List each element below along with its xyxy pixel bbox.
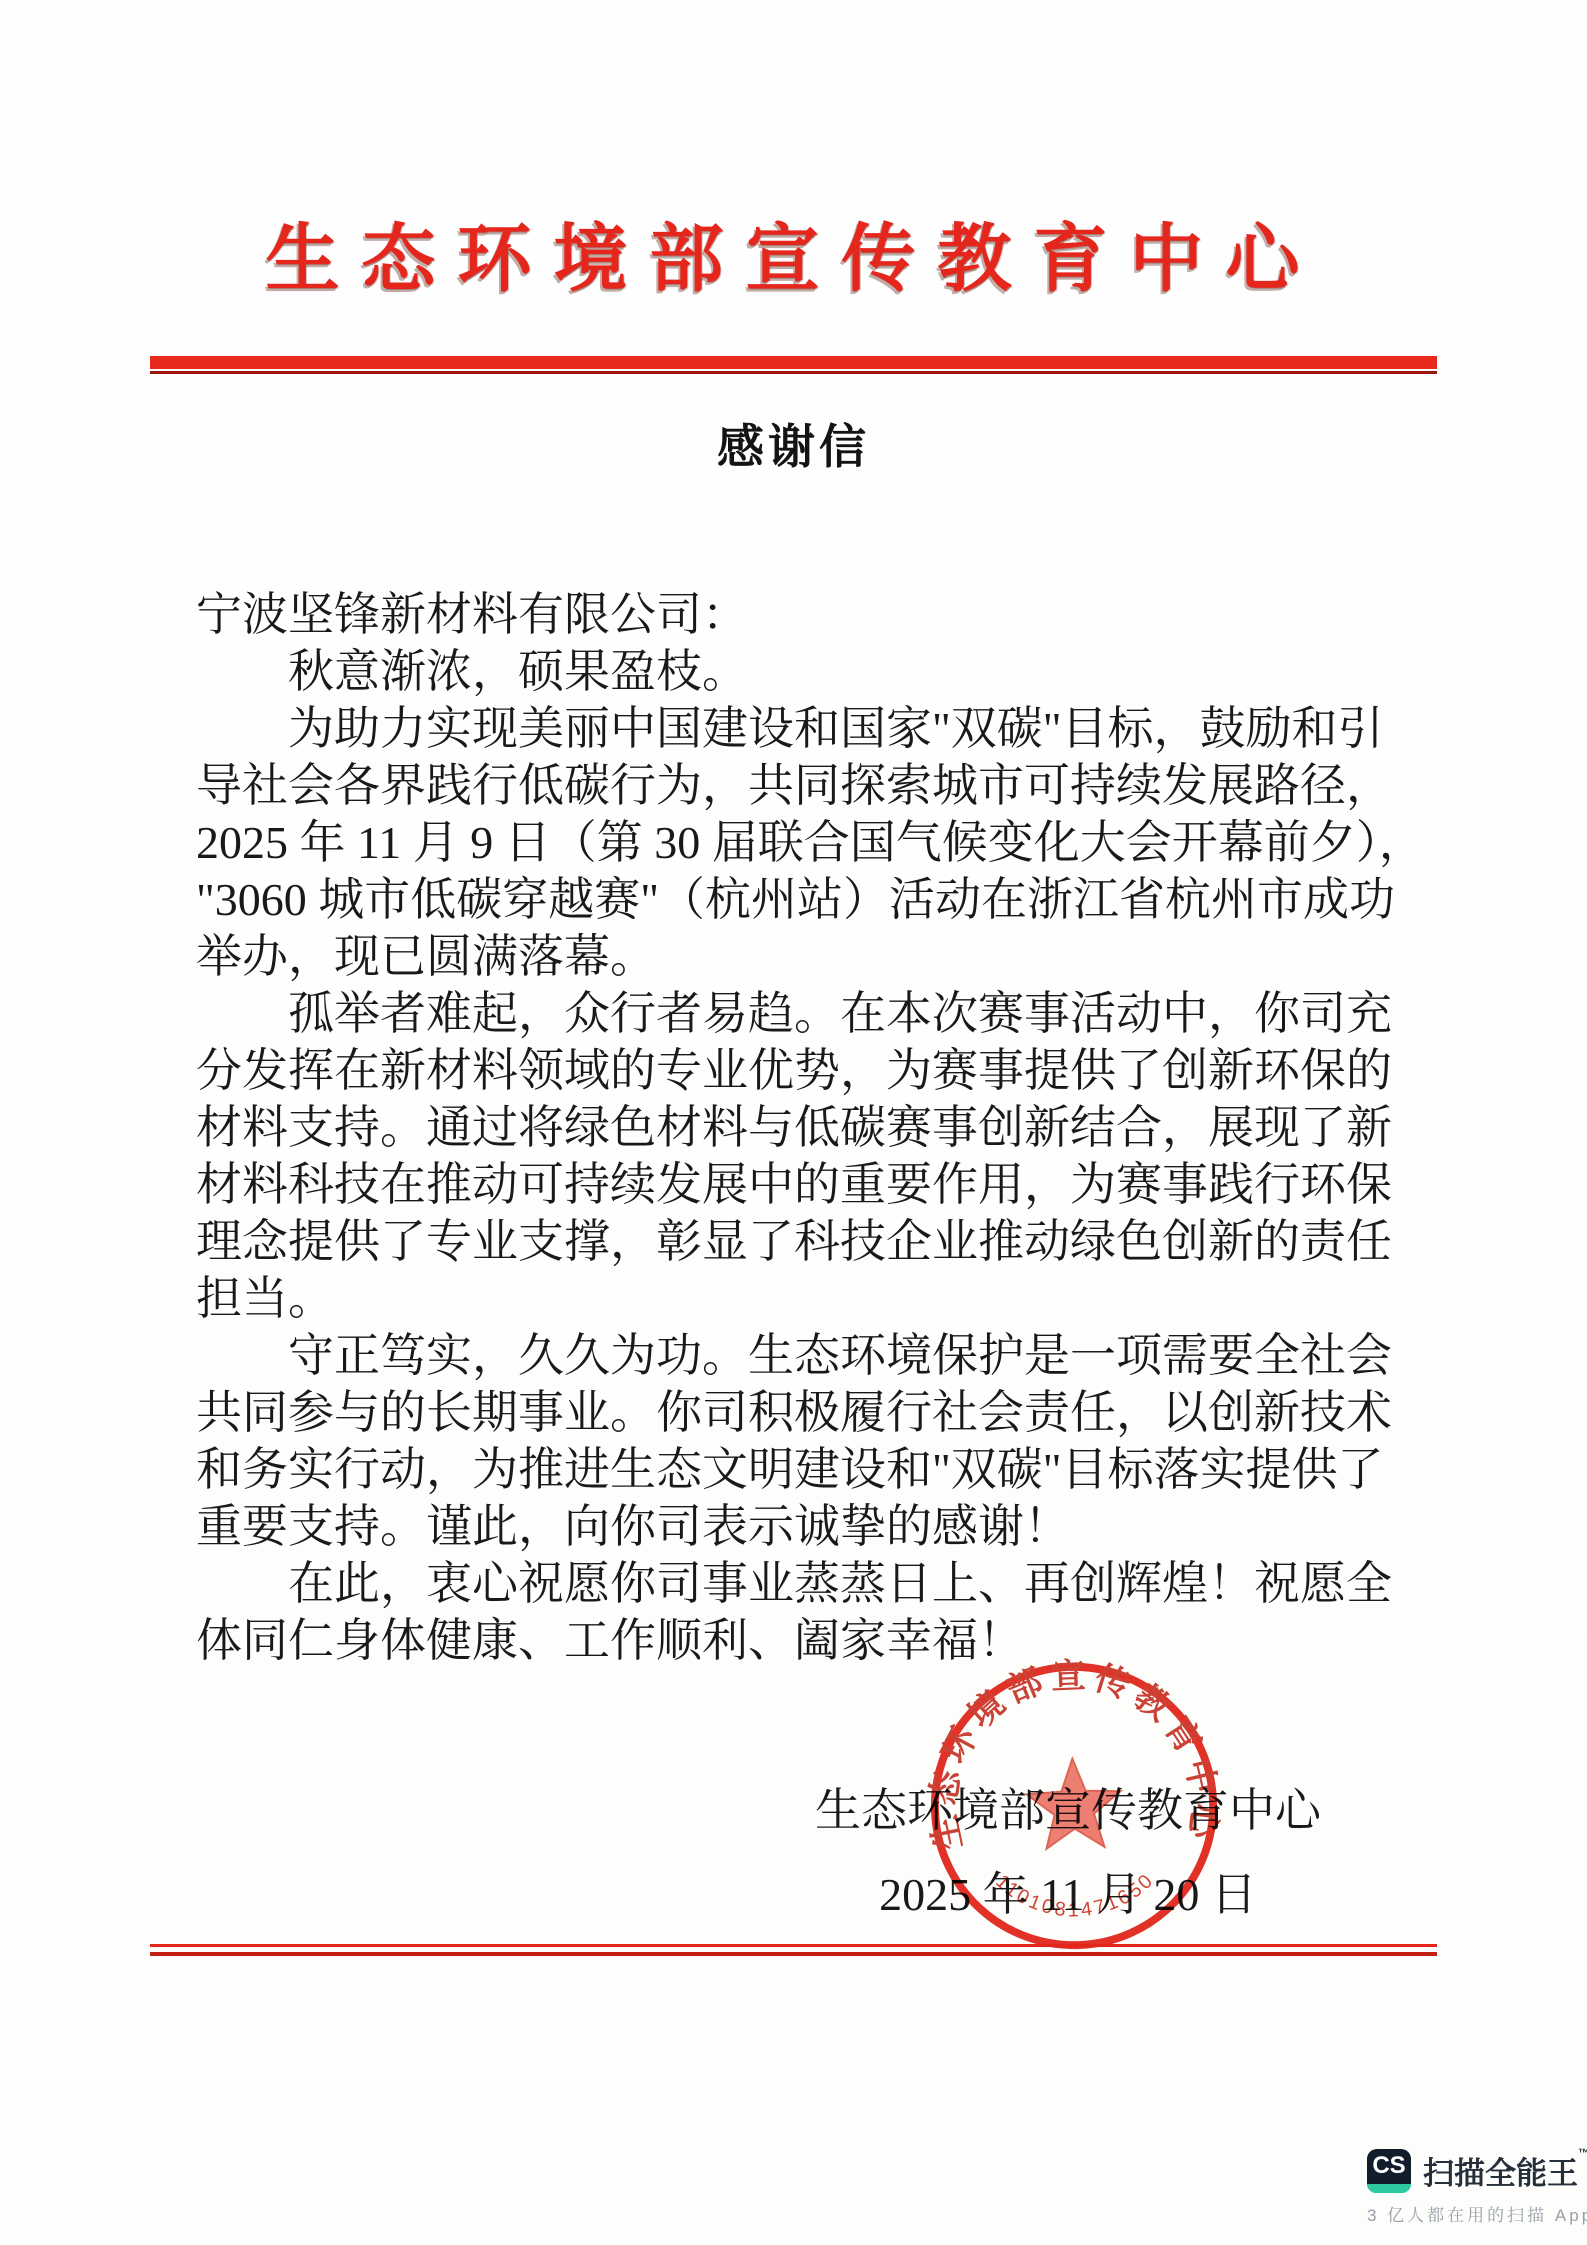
official-seal-stamp: 生态环境部宣传教育中心 1101081471650 <box>921 1653 1227 1959</box>
letter-body-line: 孤举者难起，众行者易趋。在本次赛事活动中，你司充 <box>196 985 1406 1042</box>
seal-star-icon <box>1025 1757 1122 1849</box>
camscanner-app-name-text: 扫描全能王 <box>1423 2156 1578 2191</box>
letter-body-line: 举办，现已圆满落幕。 <box>196 928 1406 985</box>
camscanner-watermark: CS 扫描全能王™ 3 亿人都在用的扫描 App <box>1367 2148 1567 2226</box>
letterhead-title: 生态环境部宣传教育中心 <box>0 200 1587 306</box>
letter-body-line: 守正笃实，久久为功。生态环境保护是一项需要全社会 <box>196 1327 1406 1384</box>
letter-body-line: 宁波坚锋新材料有限公司： <box>196 586 1406 643</box>
letter-body-line: 体同仁身体健康、工作顺利、阖家幸福！ <box>196 1612 1406 1669</box>
letter-body-line: "3060 城市低碳穿越赛"（杭州站）活动在浙江省杭州市成功 <box>196 871 1406 928</box>
letter-body-line: 材料科技在推动可持续发展中的重要作用，为赛事践行环保 <box>196 1156 1406 1213</box>
footer-divider-line-1 <box>150 1944 1437 1947</box>
letter-body-line: 共同参与的长期事业。你司积极履行社会责任，以创新技术 <box>196 1384 1406 1441</box>
letter-body-line: 和务实行动，为推进生态文明建设和"双碳"目标落实提供了 <box>196 1441 1406 1498</box>
letter-body: 宁波坚锋新材料有限公司：秋意渐浓，硕果盈枝。为助力实现美丽中国建设和国家"双碳"… <box>196 586 1406 1669</box>
letter-title: 感谢信 <box>0 410 1587 477</box>
camscanner-logo-icon: CS <box>1367 2149 1411 2193</box>
letterhead-divider-thin-line <box>150 371 1437 374</box>
letter-body-line: 分发挥在新材料领域的专业优势，为赛事提供了创新环保的 <box>196 1042 1406 1099</box>
letter-body-line: 在此，衷心祝愿你司事业蒸蒸日上、再创辉煌！祝愿全 <box>196 1555 1406 1612</box>
letter-body-line: 担当。 <box>196 1270 1406 1327</box>
letter-body-line: 材料支持。通过将绿色材料与低碳赛事创新结合，展现了新 <box>196 1099 1406 1156</box>
camscanner-app-name: 扫描全能王™ <box>1423 2148 1587 2193</box>
letter-body-line: 2025 年 11 月 9 日（第 30 届联合国气候变化大会开幕前夕）， <box>196 814 1406 871</box>
footer-divider-line-2 <box>150 1952 1437 1956</box>
letterhead-divider <box>150 356 1437 374</box>
svg-text:1101081471650: 1101081471650 <box>991 1865 1161 1924</box>
letter-body-line: 秋意渐浓，硕果盈枝。 <box>196 643 1406 700</box>
letter-body-line: 导社会各界践行低碳行为，共同探索城市可持续发展路径， <box>196 757 1406 814</box>
camscanner-logo-teal-bar <box>1367 2184 1411 2193</box>
footer-divider <box>150 1944 1437 1956</box>
letterhead-divider-thick-line <box>150 356 1437 369</box>
trademark-symbol: ™ <box>1578 2146 1587 2160</box>
letter-body-line: 重要支持。谨此，向你司表示诚挚的感谢！ <box>196 1498 1406 1555</box>
scanned-letter-page: 生态环境部宣传教育中心 感谢信 宁波坚锋新材料有限公司：秋意渐浓，硕果盈枝。为助… <box>0 0 1587 2245</box>
camscanner-logo-text: CS <box>1367 2152 1411 2180</box>
letter-body-line: 为助力实现美丽中国建设和国家"双碳"目标，鼓励和引 <box>196 700 1406 757</box>
letter-body-line: 理念提供了专业支撑，彰显了科技企业推动绿色创新的责任 <box>196 1213 1406 1270</box>
seal-serial-number: 1101081471650 <box>991 1865 1161 1924</box>
camscanner-tagline: 3 亿人都在用的扫描 App <box>1367 2201 1567 2226</box>
